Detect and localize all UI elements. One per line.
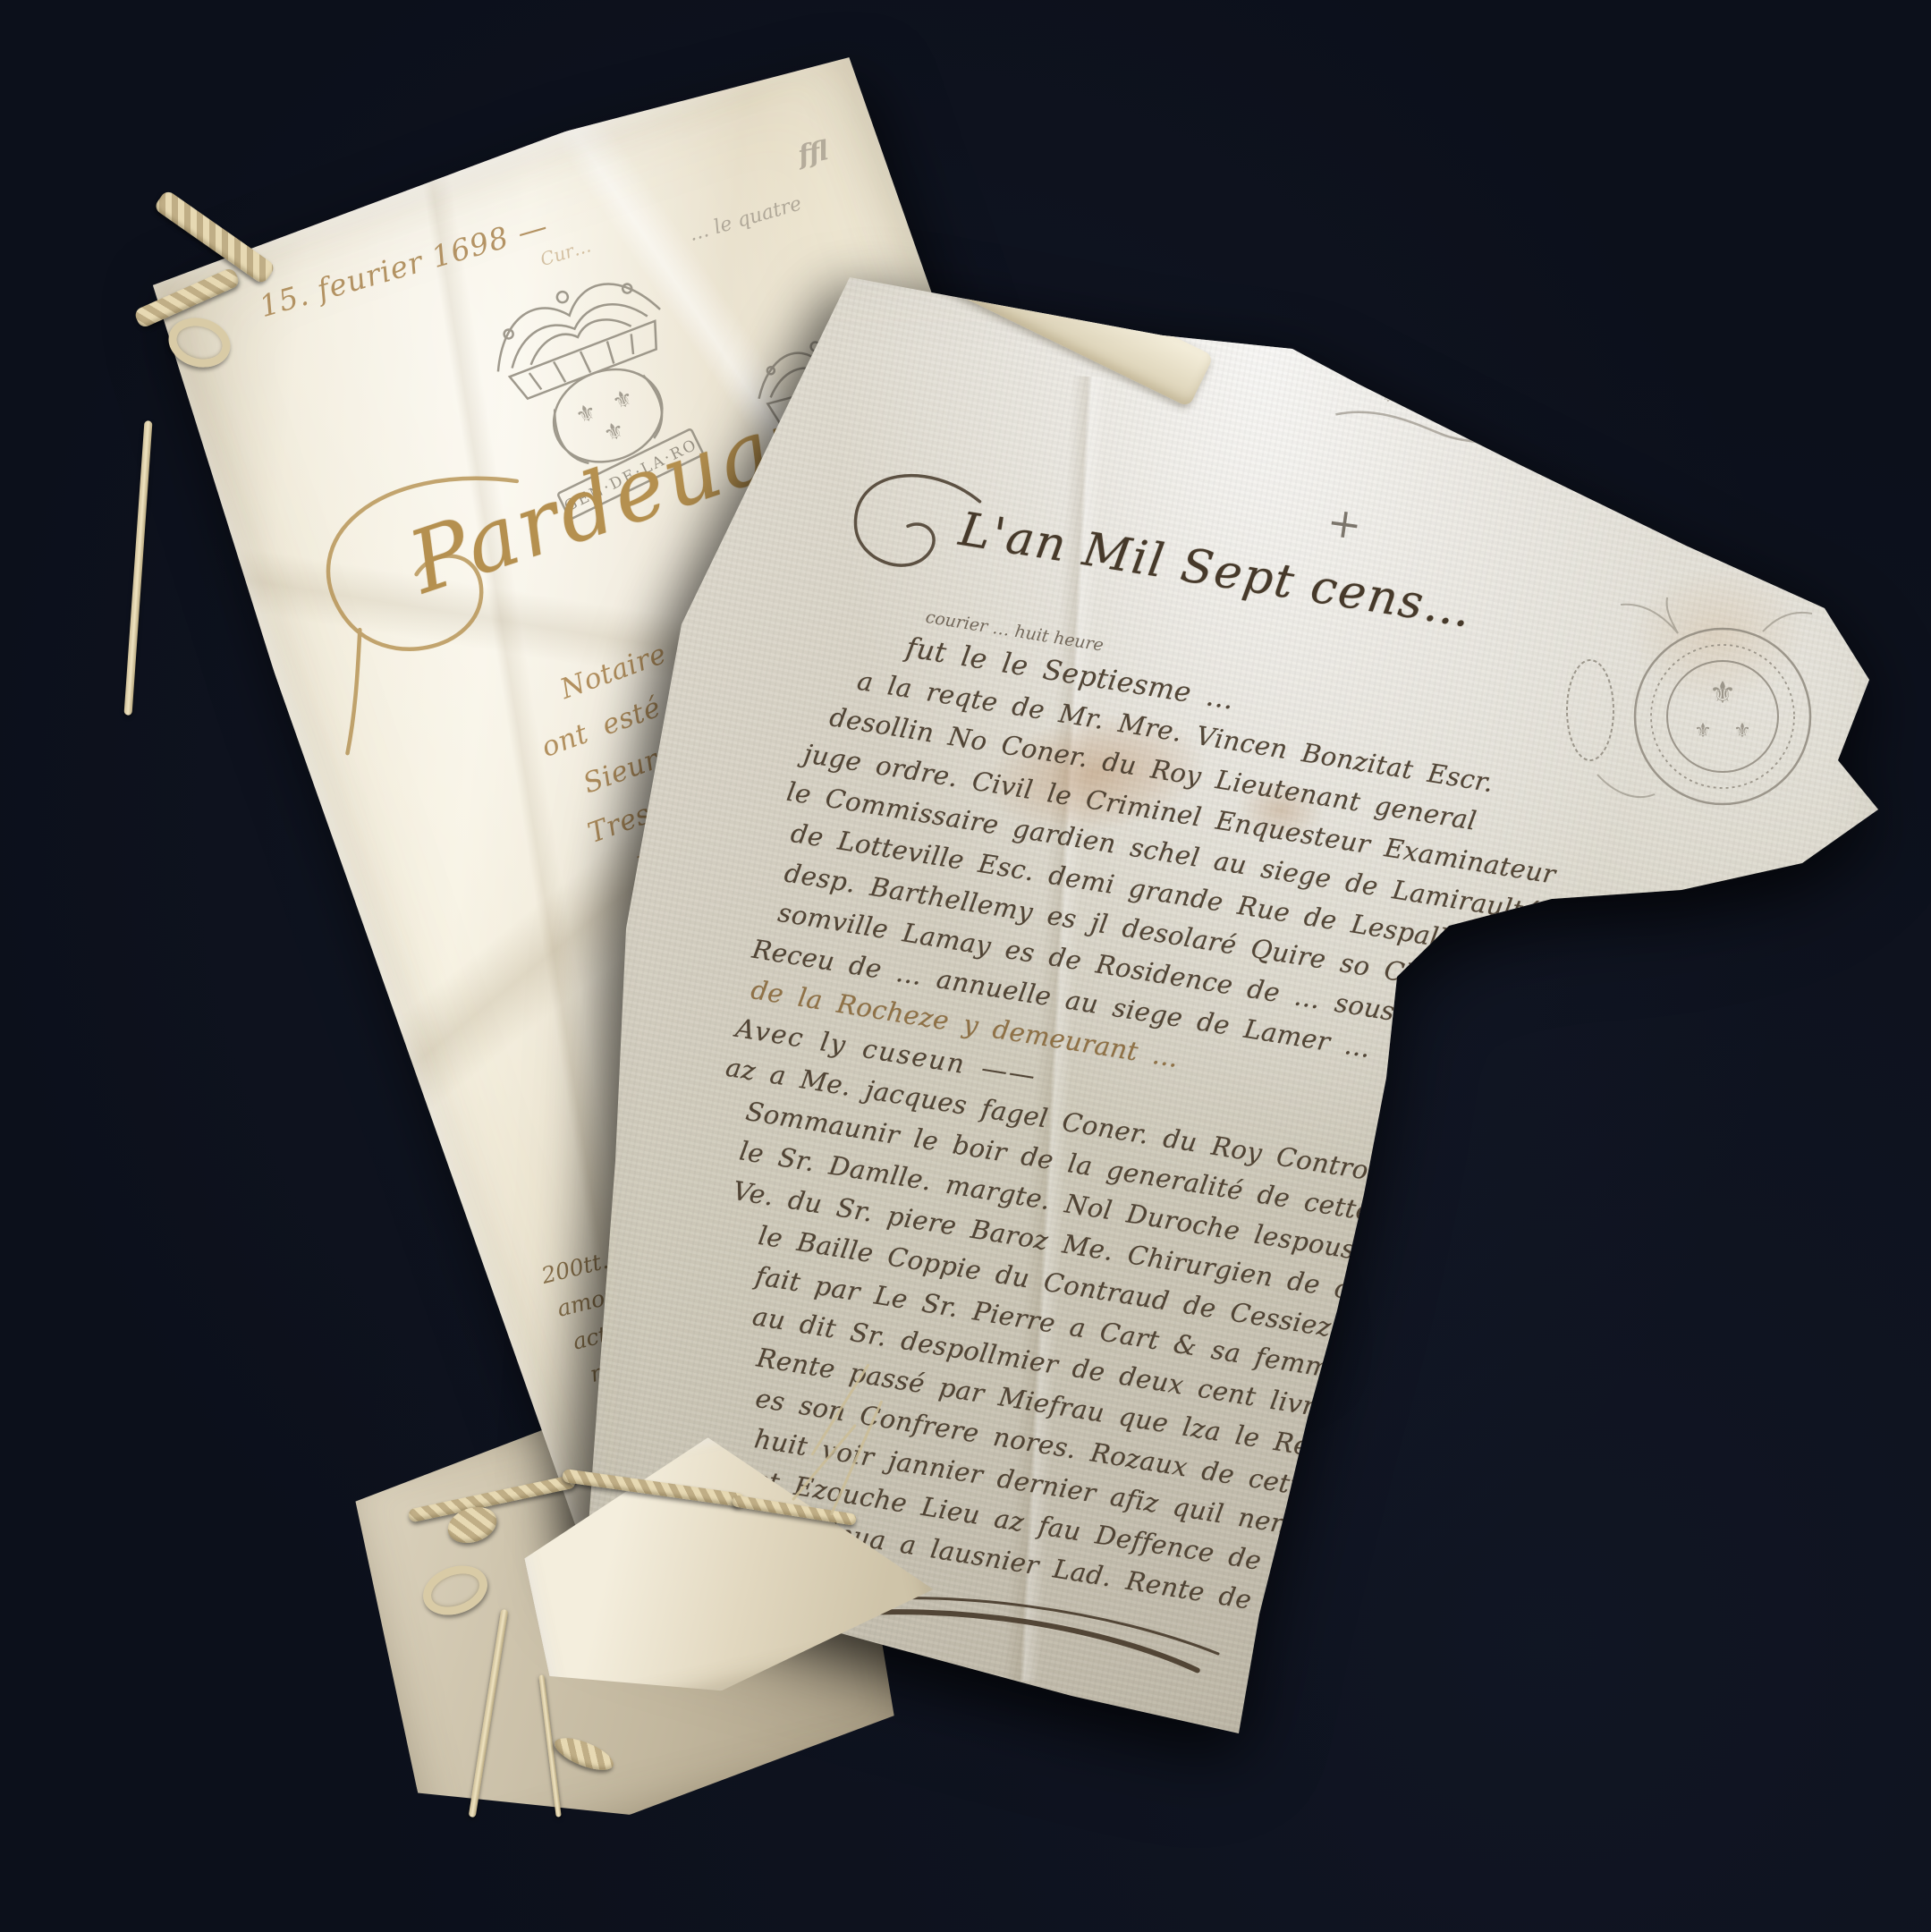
- stamp-text: GEN ♦ DE: [1359, 333, 1558, 398]
- fleur-de-lis-icon: ⚜: [1709, 675, 1736, 711]
- cross-mark: +: [1324, 497, 1365, 550]
- strap-note-line: 13 jou…: [955, 244, 1210, 382]
- corner-note: … le quatre: [686, 192, 804, 246]
- opening-line: L'an Mil Sept cens…: [955, 503, 1476, 639]
- generalite-stamp-icon: GEN ♦ DE ⚜ ⚜ ⚜: [1308, 327, 1603, 479]
- fleur-de-lis-icon: ⚜: [1377, 381, 1401, 409]
- fleur-de-lis-icon: ⚜: [1438, 399, 1461, 427]
- fleur-de-lis-icon: ⚜: [1501, 402, 1524, 430]
- notary-paraph: ffl: [796, 135, 832, 172]
- fleur-de-lis-icon: ⚜: [1694, 720, 1712, 742]
- fleur-de-lis-icon: ⚜: [1733, 720, 1751, 742]
- vellum-strap: 13 jou… 171…: [922, 225, 1214, 407]
- photo-backdrop: 15. feurier 1698 — Cur… … le quatre ffl …: [0, 0, 1931, 1932]
